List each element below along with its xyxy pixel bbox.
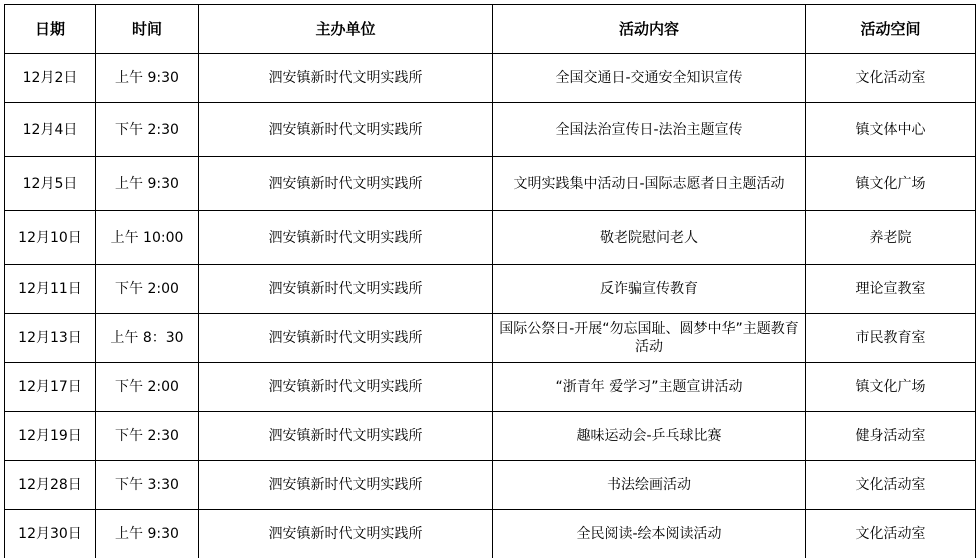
cell-organizer: 泗安镇新时代文明实践所 <box>199 461 493 510</box>
cell-venue: 镇文化广场 <box>806 157 976 211</box>
cell-date: 12月10日 <box>5 211 96 265</box>
table-row: 12月19日 下午 2:30 泗安镇新时代文明实践所 趣味运动会-乒乓球比赛 健… <box>5 412 976 461</box>
cell-content: 趣味运动会-乒乓球比赛 <box>493 412 806 461</box>
cell-content: 书法绘画活动 <box>493 461 806 510</box>
cell-venue: 文化活动室 <box>806 510 976 558</box>
cell-organizer: 泗安镇新时代文明实践所 <box>199 510 493 558</box>
cell-content: 全民阅读-绘本阅读活动 <box>493 510 806 558</box>
cell-time: 下午 2:00 <box>96 363 199 412</box>
activity-schedule-table: 日期 时间 主办单位 活动内容 活动空间 12月2日 上午 9:30 泗安镇新时… <box>4 4 976 558</box>
table-row: 12月10日 上午 10:00 泗安镇新时代文明实践所 敬老院慰问老人 养老院 <box>5 211 976 265</box>
cell-date: 12月19日 <box>5 412 96 461</box>
cell-date: 12月11日 <box>5 265 96 314</box>
cell-date: 12月4日 <box>5 103 96 157</box>
cell-venue: 养老院 <box>806 211 976 265</box>
table-header-row: 日期 时间 主办单位 活动内容 活动空间 <box>5 5 976 54</box>
table-row: 12月28日 下午 3:30 泗安镇新时代文明实践所 书法绘画活动 文化活动室 <box>5 461 976 510</box>
cell-organizer: 泗安镇新时代文明实践所 <box>199 211 493 265</box>
table-row: 12月13日 上午 8：30 泗安镇新时代文明实践所 国际公祭日-开展“勿忘国耻… <box>5 314 976 363</box>
table-row: 12月11日 下午 2:00 泗安镇新时代文明实践所 反诈骗宣传教育 理论宣教室 <box>5 265 976 314</box>
cell-time: 上午 9:30 <box>96 510 199 558</box>
cell-date: 12月17日 <box>5 363 96 412</box>
table-row: 12月5日 上午 9:30 泗安镇新时代文明实践所 文明实践集中活动日-国际志愿… <box>5 157 976 211</box>
cell-time: 下午 2:00 <box>96 265 199 314</box>
cell-content: 全国交通日-交通安全知识宣传 <box>493 54 806 103</box>
cell-content: 反诈骗宣传教育 <box>493 265 806 314</box>
header-time: 时间 <box>96 5 199 54</box>
cell-content: 国际公祭日-开展“勿忘国耻、圆梦中华”主题教育活动 <box>493 314 806 363</box>
cell-organizer: 泗安镇新时代文明实践所 <box>199 157 493 211</box>
cell-date: 12月2日 <box>5 54 96 103</box>
cell-date: 12月28日 <box>5 461 96 510</box>
header-organizer: 主办单位 <box>199 5 493 54</box>
cell-time: 下午 2:30 <box>96 412 199 461</box>
cell-time: 上午 9:30 <box>96 157 199 211</box>
cell-content: “浙青年 爱学习”主题宣讲活动 <box>493 363 806 412</box>
table-row: 12月30日 上午 9:30 泗安镇新时代文明实践所 全民阅读-绘本阅读活动 文… <box>5 510 976 558</box>
table-row: 12月2日 上午 9:30 泗安镇新时代文明实践所 全国交通日-交通安全知识宣传… <box>5 54 976 103</box>
table-row: 12月17日 下午 2:00 泗安镇新时代文明实践所 “浙青年 爱学习”主题宣讲… <box>5 363 976 412</box>
header-content: 活动内容 <box>493 5 806 54</box>
cell-venue: 市民教育室 <box>806 314 976 363</box>
cell-organizer: 泗安镇新时代文明实践所 <box>199 412 493 461</box>
cell-time: 下午 3:30 <box>96 461 199 510</box>
header-date: 日期 <box>5 5 96 54</box>
cell-organizer: 泗安镇新时代文明实践所 <box>199 265 493 314</box>
cell-time: 上午 10:00 <box>96 211 199 265</box>
cell-content: 全国法治宣传日-法治主题宣传 <box>493 103 806 157</box>
cell-organizer: 泗安镇新时代文明实践所 <box>199 314 493 363</box>
cell-venue: 镇文体中心 <box>806 103 976 157</box>
header-venue: 活动空间 <box>806 5 976 54</box>
cell-venue: 文化活动室 <box>806 461 976 510</box>
cell-venue: 理论宣教室 <box>806 265 976 314</box>
cell-time: 上午 9:30 <box>96 54 199 103</box>
table-row: 12月4日 下午 2:30 泗安镇新时代文明实践所 全国法治宣传日-法治主题宣传… <box>5 103 976 157</box>
cell-date: 12月13日 <box>5 314 96 363</box>
cell-date: 12月30日 <box>5 510 96 558</box>
cell-time: 下午 2:30 <box>96 103 199 157</box>
cell-venue: 健身活动室 <box>806 412 976 461</box>
cell-content: 文明实践集中活动日-国际志愿者日主题活动 <box>493 157 806 211</box>
cell-venue: 文化活动室 <box>806 54 976 103</box>
cell-venue: 镇文化广场 <box>806 363 976 412</box>
cell-organizer: 泗安镇新时代文明实践所 <box>199 363 493 412</box>
cell-organizer: 泗安镇新时代文明实践所 <box>199 54 493 103</box>
cell-content: 敬老院慰问老人 <box>493 211 806 265</box>
cell-time: 上午 8：30 <box>96 314 199 363</box>
cell-date: 12月5日 <box>5 157 96 211</box>
cell-organizer: 泗安镇新时代文明实践所 <box>199 103 493 157</box>
